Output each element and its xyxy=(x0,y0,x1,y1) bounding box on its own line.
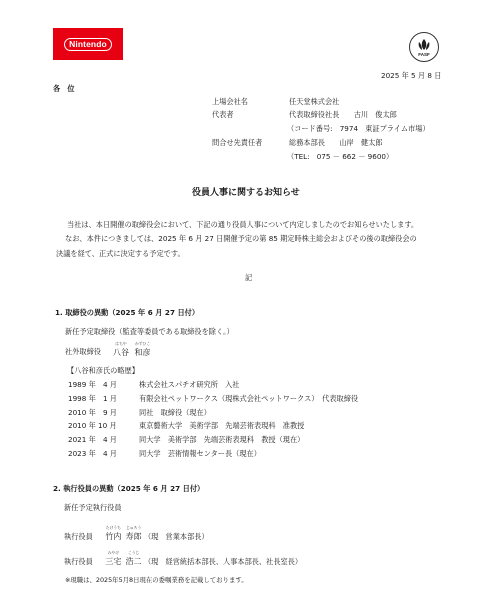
history-desc: 同大学 芸術情報センター長（現在） xyxy=(139,449,261,458)
officer-row: 執行役員 たけうち竹内 じゅろう寿郎 （現 営業本部長） xyxy=(64,531,209,542)
company-info-label-4: 問合せ先責任者 xyxy=(212,138,262,148)
officer-role: 執行役員 xyxy=(64,557,93,566)
history-date: 1989 年 4 月 xyxy=(68,380,139,390)
section2-subheading: 新任予定執行役員 xyxy=(64,503,122,513)
section1-name: はちや八谷 かずひこ和彦 xyxy=(113,347,151,358)
history-desc: 有限会社ペットワークス（現株式会社ペットワークス） 代表取締役 xyxy=(139,394,358,403)
history-row: 2023 年 4 月同大学 芸術情報センター長（現在） xyxy=(68,449,261,459)
name-given: かずひこ和彦 xyxy=(135,347,151,358)
fasf-leaf-icon xyxy=(415,38,433,52)
ruby-given: こうじ xyxy=(126,550,142,556)
officer-row: 執行役員 みやけ三宅 こうじ浩二 （現 経営統括本部長、人事本部長、社長室長） xyxy=(64,556,302,567)
section1-heading: 1. 取締役の異動（2025 年 6 月 27 日付） xyxy=(55,308,199,318)
fasf-logo: FASF xyxy=(409,32,439,62)
intro-line-3: 決議を経て、正式に決定する予定です。 xyxy=(56,249,185,259)
company-info-label-2: 代表者 xyxy=(212,110,234,120)
name-family-text: 竹内 xyxy=(105,532,121,541)
ki-marker: 記 xyxy=(245,273,252,283)
officer-current-position: （現 経営統括本部長、人事本部長、社長室長） xyxy=(144,557,302,566)
fasf-logo-text: FASF xyxy=(418,52,430,57)
document-date: 2025 年 5 月 8 日 xyxy=(381,71,441,81)
name-family: はちや八谷 xyxy=(113,347,129,358)
name-given-text: 浩二 xyxy=(126,557,142,566)
nintendo-logo: Nintendo xyxy=(53,28,123,60)
ruby-given: かずひこ xyxy=(135,341,151,347)
ruby-family: みやけ xyxy=(105,550,121,556)
history-date: 2023 年 4 月 xyxy=(68,449,139,459)
document-title: 役員人事に関するお知らせ xyxy=(192,185,300,198)
name-given-text: 寿郎 xyxy=(126,532,142,541)
history-row: 2021 年 4 月同大学 美術学部 先端芸術表現科 教授（現在） xyxy=(68,435,304,445)
officer-name-given: こうじ浩二 xyxy=(126,556,142,567)
company-info-value-3: （コード番号: 7974 東証プライム市場） xyxy=(287,124,430,134)
company-info-value-2: 代表取締役社長 古川 俊太郎 xyxy=(289,110,397,120)
company-info-value-4: 総務本部長 山岸 健太郎 xyxy=(289,138,382,148)
section2-heading: 2. 執行役員の異動（2025 年 6 月 27 日付） xyxy=(53,484,204,494)
history-title: 【八谷和彦氏の略歴】 xyxy=(67,366,139,376)
section1-role: 社外取締役 xyxy=(65,347,101,357)
history-row: 2010 年 10 月東京藝術大学 美術学部 先端芸術表現科 准教授 xyxy=(68,421,304,431)
company-info-value-5: （TEL: 075 － 662 － 9600） xyxy=(287,152,393,162)
ruby-family: はちや xyxy=(113,341,129,347)
footnote: ※現職は、2025年5月8日現在の委嘱業務を記載しております。 xyxy=(65,575,248,584)
nintendo-logo-text: Nintendo xyxy=(64,38,112,51)
officer-current-position: （現 営業本部長） xyxy=(144,532,209,541)
company-info-label-1: 上場会社名 xyxy=(212,97,248,107)
officer-name-given: じゅろう寿郎 xyxy=(126,531,142,542)
history-desc: 同大学 美術学部 先端芸術表現科 教授（現在） xyxy=(139,435,304,444)
section1-subheading: 新任予定取締役（監査等委員である取締役を除く。） xyxy=(65,327,234,337)
officer-role: 執行役員 xyxy=(64,532,93,541)
company-info-value-1: 任天堂株式会社 xyxy=(289,97,339,107)
ruby-family: たけうち xyxy=(105,525,121,531)
history-desc: 同社 取締役（現在） xyxy=(139,408,211,417)
officer-name-family: みやけ三宅 xyxy=(105,556,121,567)
addressee: 各 位 xyxy=(53,84,75,94)
history-row: 1998 年 1 月有限会社ペットワークス（現株式会社ペットワークス） 代表取締… xyxy=(68,394,358,404)
history-desc: 株式会社スパチオ研究所 入社 xyxy=(139,380,239,389)
history-row: 1989 年 4 月株式会社スパチオ研究所 入社 xyxy=(68,380,239,390)
history-date: 1998 年 1 月 xyxy=(68,394,139,404)
history-date: 2021 年 4 月 xyxy=(68,435,139,445)
history-desc: 東京藝術大学 美術学部 先端芸術表現科 准教授 xyxy=(139,421,304,430)
history-row: 2010 年 9 月同社 取締役（現在） xyxy=(68,408,211,418)
history-date: 2010 年 9 月 xyxy=(68,408,139,418)
name-family-text: 三宅 xyxy=(105,557,121,566)
history-date: 2010 年 10 月 xyxy=(68,421,139,431)
officer-name-family: たけうち竹内 xyxy=(105,531,121,542)
name-family-text: 八谷 xyxy=(113,348,129,357)
ruby-given: じゅろう xyxy=(126,525,142,531)
intro-line-2: なお、本件につきましては、2025 年 6 月 27 日開催予定の第 85 期定… xyxy=(65,234,417,244)
intro-line-1: 当社は、本日開催の取締役会において、下記の通り役員人事について内定しましたのでお… xyxy=(67,220,418,230)
name-given-text: 和彦 xyxy=(135,348,151,357)
